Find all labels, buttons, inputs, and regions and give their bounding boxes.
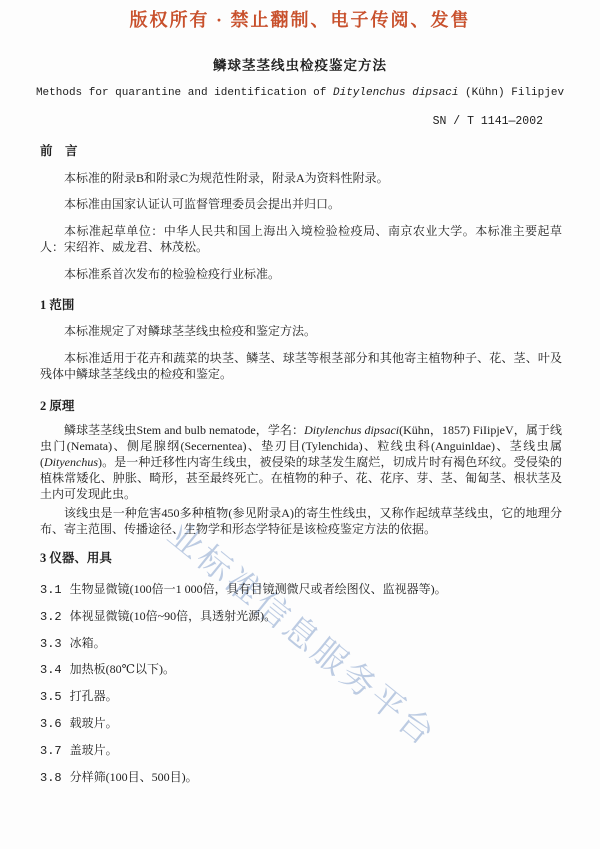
item-text: 盖玻片。 [70,743,118,757]
scope-section-heading: 1 范围 [40,295,562,313]
item-text: 打孔器。 [70,689,118,703]
item-number: 3.6 [40,717,62,731]
instruments-section-heading: 3 仪器、用具 [40,548,562,566]
scope-paragraph: 本标准规定了对鳞球茎茎线虫检疫和鉴定方法。 [40,323,562,339]
document-title-en: Methods for quarantine and identificatio… [0,87,600,99]
foreword-paragraph: 本标准系首次发布的检验检疫行业标准。 [40,266,562,282]
instrument-item: 3.2体视显微镜(10倍~90倍，具透射光源)。 [40,608,562,625]
foreword-paragraph: 本标准的附录B和附录C为规范性附录，附录A为资料性附录。 [40,170,562,186]
item-number: 3.5 [40,690,62,704]
item-number: 3.8 [40,771,62,785]
item-number: 3.4 [40,663,62,677]
document-page: 业标准信息服务平台 版权所有 · 禁止翻制、电子传阅、发售 鳞球茎茎线虫检疫鉴定… [0,0,600,849]
item-number: 3.7 [40,744,62,758]
instrument-item: 3.4加热板(80℃以下)。 [40,661,562,678]
item-text: 生物显微镜(100倍一1 000倍，具有目镜测微尺或者绘图仪、监视器等)。 [70,582,447,596]
item-text: 分样筛(100目、500目)。 [70,770,198,784]
principle-paragraph: 鳞球茎茎线虫Stem and bulb nematode，学名：Ditylenc… [40,422,562,502]
item-text: 冰箱。 [70,636,106,650]
copyright-notice: 版权所有 · 禁止翻制、电子传阅、发售 [0,6,600,32]
item-number: 3.3 [40,637,62,651]
item-number: 3.1 [40,583,62,597]
instrument-item: 3.1生物显微镜(100倍一1 000倍，具有目镜测微尺或者绘图仪、监视器等)。 [40,581,562,598]
standard-number: SN / T 1141—2002 [433,115,543,128]
foreword-heading: 前 言 [40,141,562,159]
document-title-zh: 鳞球茎茎线虫检疫鉴定方法 [0,54,600,74]
instrument-item: 3.8分样筛(100目、500目)。 [40,769,562,786]
instrument-item: 3.3冰箱。 [40,635,562,652]
principle-paragraph: 该线虫是一种危害450多种植物(参见附录A)的寄生性线虫，又称作起绒草茎线虫，它… [40,505,562,537]
item-text: 加热板(80℃以下)。 [70,662,175,676]
item-text: 载玻片。 [70,716,118,730]
foreword-paragraph: 本标准起草单位：中华人民共和国上海出入境检验检疫局、南京农业大学。本标准主要起草… [40,223,562,255]
foreword-paragraph: 本标准由国家认证认可监督管理委员会提出并归口。 [40,196,562,212]
principle-section-heading: 2 原理 [40,396,562,414]
item-text: 体视显微镜(10倍~90倍，具透射光源)。 [70,609,277,623]
instrument-item: 3.6载玻片。 [40,715,562,732]
instrument-item: 3.5打孔器。 [40,688,562,705]
instrument-item: 3.7盖玻片。 [40,742,562,759]
item-number: 3.2 [40,610,62,624]
scope-paragraph: 本标准适用于花卉和蔬菜的块茎、鳞茎、球茎等根茎部分和其他寄主植物种子、花、茎、叶… [40,350,562,382]
